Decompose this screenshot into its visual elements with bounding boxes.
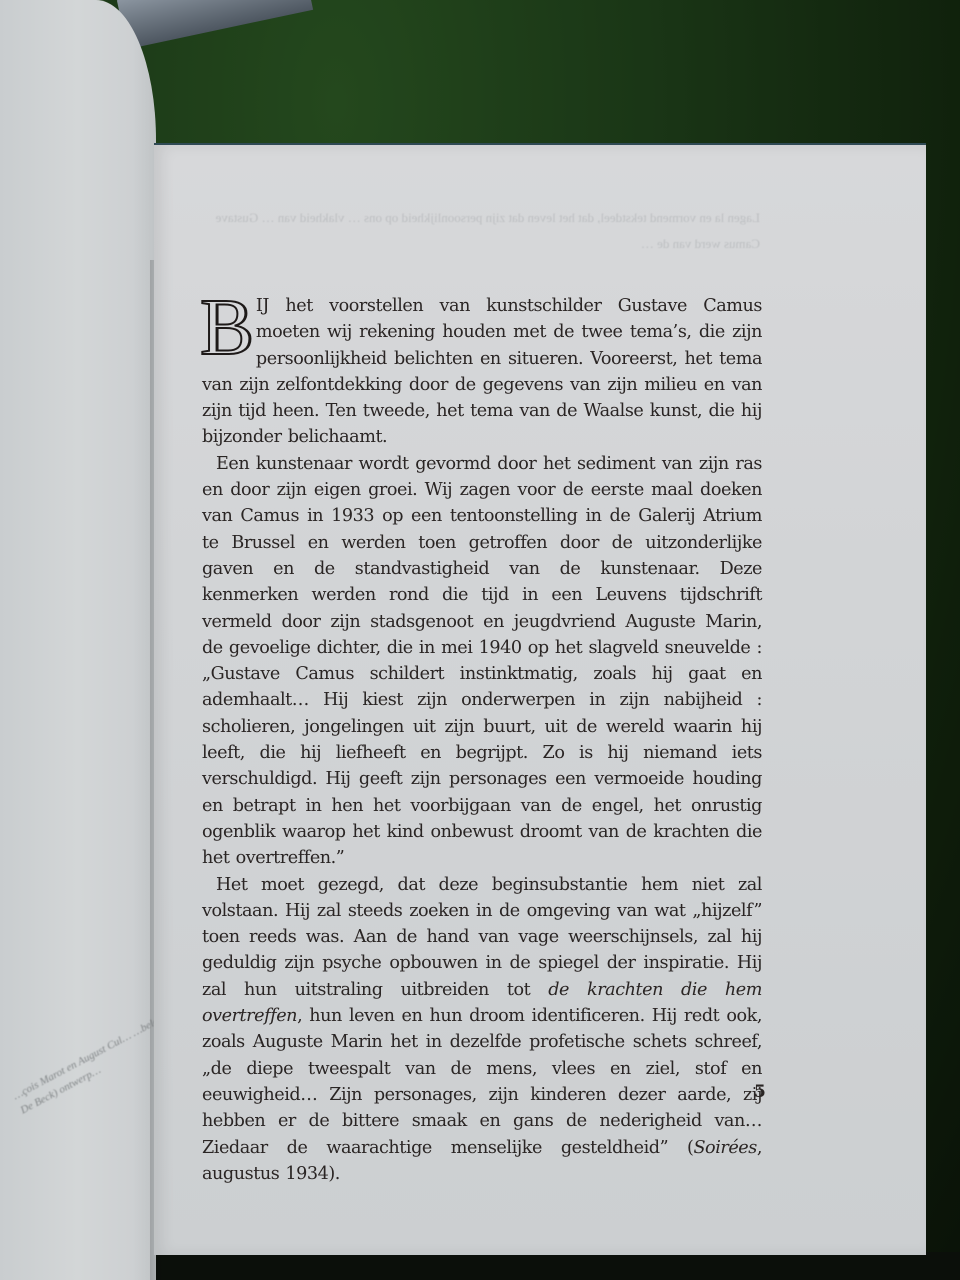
paragraph-3: Het moet gezegd, dat deze beginsubstanti… — [202, 872, 762, 1188]
paragraph-2: Een kunstenaar wordt gevormd door het se… — [202, 451, 762, 872]
citation-title: Soirées — [693, 1138, 756, 1158]
page-number: 5 — [754, 1082, 766, 1102]
body-text: BIJ het voorstellen van kunstschilder Gu… — [202, 293, 762, 1187]
dark-shadow-strip — [140, 1252, 960, 1280]
paragraph-3-part-2: , hun leven en hun droom identificeren. … — [202, 1006, 762, 1157]
drop-cap: B — [200, 297, 253, 359]
paragraph-1: BIJ het voorstellen van kunstschilder Gu… — [202, 293, 762, 451]
bleed-through-text: Lagen la en vormend tekstdeel, dat het l… — [200, 205, 760, 257]
